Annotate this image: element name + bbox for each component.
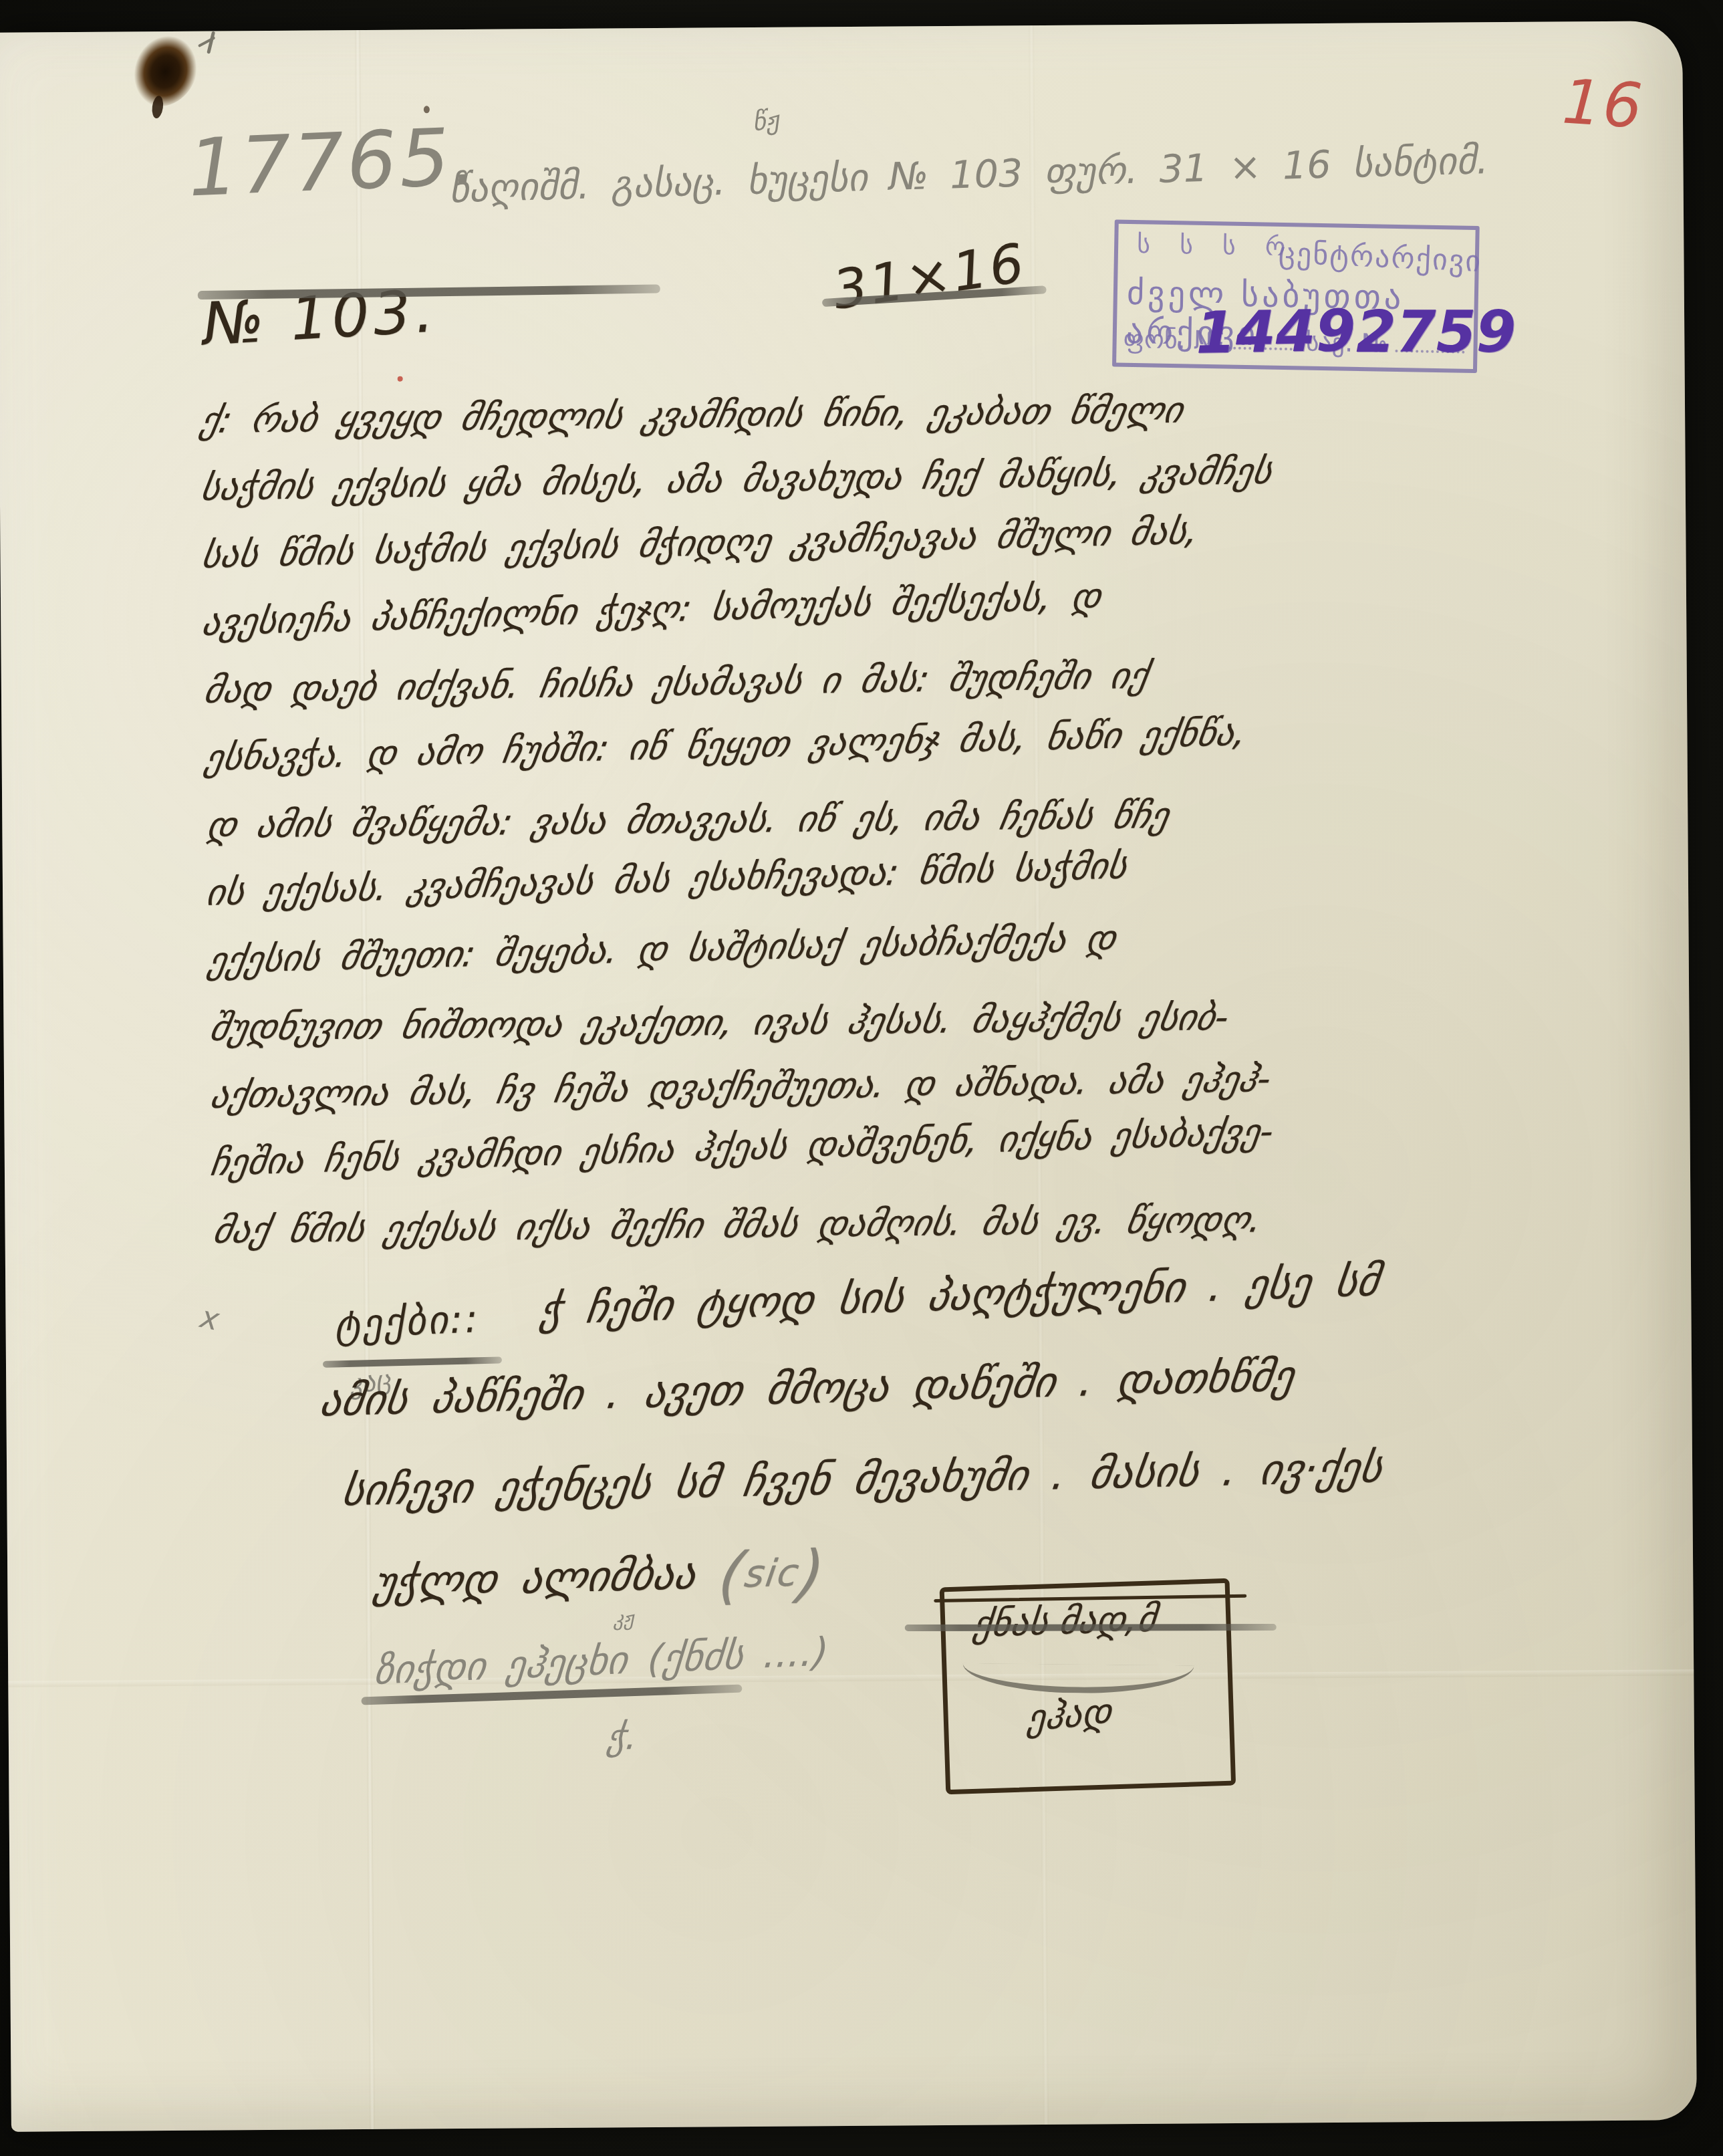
stamp-case-number: 2759 — [1356, 299, 1516, 366]
manuscript-line: სიჩევი ეჭენცეს სმ ჩვენ მევახუმი . მასის … — [339, 1443, 1386, 1516]
red-speck — [398, 376, 403, 382]
heading-pencil-underline — [323, 1356, 502, 1368]
folio-number: 16 — [1561, 66, 1646, 142]
stamp-org-name: ცენტრარქივი — [1278, 236, 1482, 279]
manuscript-page: 16 17765. წაღიშმ. გასაც. ხუცესი № 103 ფუ… — [0, 21, 1697, 2132]
header-note: წაღიშმ. გასაც. ხუცესი № 103 ფურ. 31 × 16… — [448, 138, 1489, 211]
box-line1-strikethrough — [905, 1624, 1277, 1631]
scan-background: 16 17765. წაღიშმ. გასაც. ხუცესი № 103 ფუ… — [0, 0, 1723, 2156]
sic-text: sic — [742, 1551, 803, 1596]
pencil-initial: ჭ. — [605, 1715, 641, 1758]
box-crossed-line-2: ეჰად — [1026, 1690, 1113, 1740]
archive-stamp: ს ს ს რ ცენტრარქივი ძველ საბუთთა არქივი … — [1112, 220, 1480, 373]
sic-close-paren: ) — [794, 1537, 830, 1610]
pencil-note: ზიჭდი ეჰეცხი (ქნძს ....) — [372, 1629, 831, 1693]
crossed-dimensions: 31×16 — [829, 231, 1030, 321]
horizontal-fold-crease — [8, 1669, 1694, 1687]
inventory-number: 17765. — [186, 110, 482, 214]
manuscript-line: მაქ წმის ექესას იქსა შექჩი შმას დამღის. … — [207, 1181, 1643, 1264]
closing-text: უჭლდ ალიმბაა — [371, 1549, 700, 1607]
margin-check-mark: x — [197, 1298, 223, 1337]
manuscript-line: ჭ ჩეში ტყოდ სის პაღტჭულენი . ესე სმ — [537, 1256, 1383, 1334]
paragraph-2-heading: ტექბი:: — [334, 1296, 481, 1347]
stamp-org-abbrev: ს ს ს რ — [1137, 229, 1297, 261]
burn-mark — [125, 28, 205, 116]
header-superscript: წჟ — [751, 105, 780, 136]
closing-line: უჭლდ ალიმბაა (sic) — [368, 1537, 829, 1621]
box-crossed-line-1: ქნას მად,მ — [971, 1597, 1159, 1645]
tiny-pencil-mark: კჟ — [614, 1607, 634, 1631]
manuscript-paragraph-1: ქ: რაბ ყვეყდ მჩედლის კვამჩდის წინი, ეკაბ… — [193, 364, 1630, 1264]
sic-annotation: (sic) — [716, 1550, 828, 1597]
stamp-fond-number: 1449 — [1195, 297, 1356, 367]
